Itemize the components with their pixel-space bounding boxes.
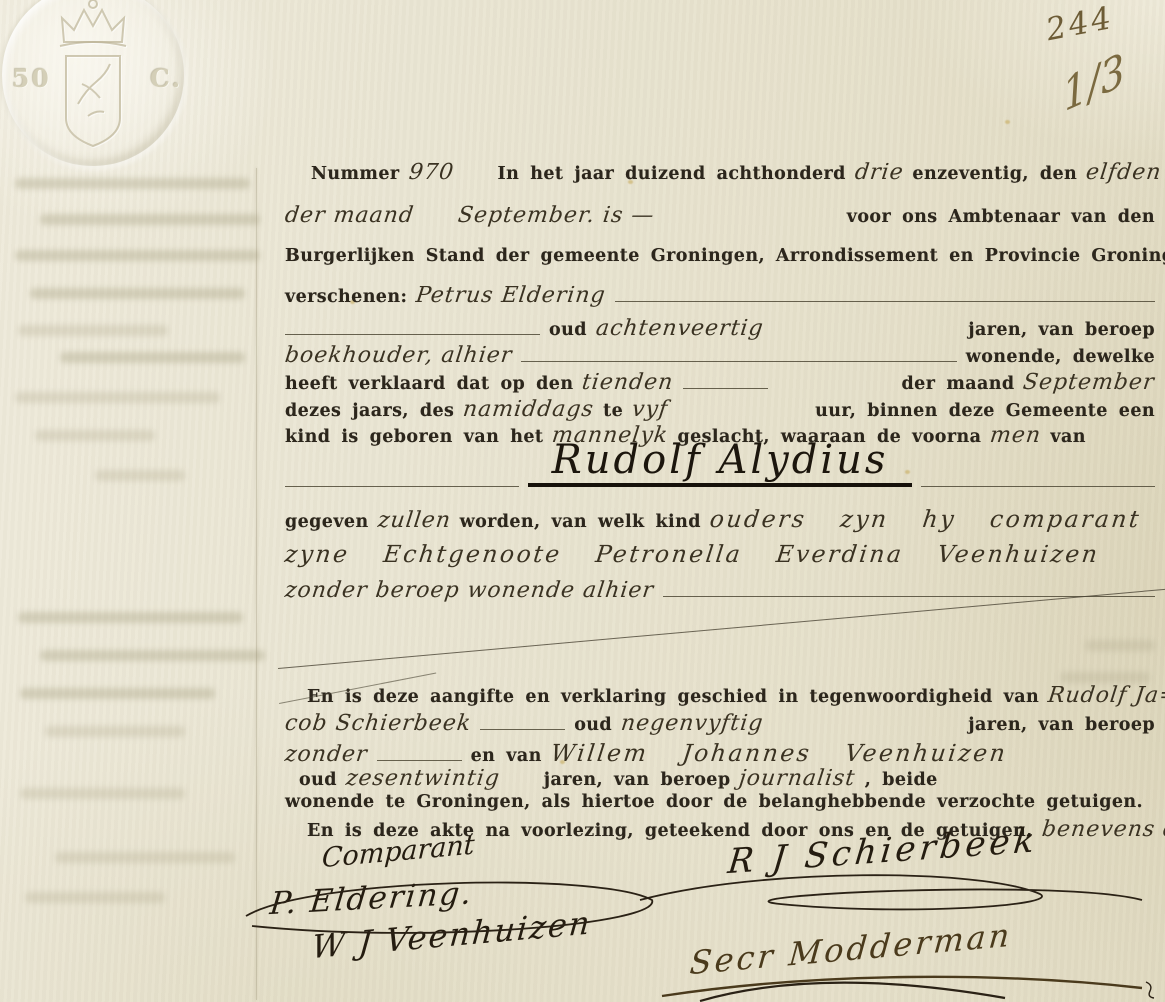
- bleedthrough-ghost-text: [1085, 640, 1155, 651]
- line-getuige2: oudzesentwintigjaren, van beroepjournali…: [285, 766, 1155, 791]
- bleedthrough-ghost-text: [15, 178, 250, 189]
- printed-form-text: en van: [471, 746, 542, 766]
- printed-form-text: wonende te Groningen, als hiertoe door d…: [285, 792, 1143, 812]
- line-maand: der maandSeptember. is —voor ons Ambtena…: [285, 203, 1155, 228]
- printed-form-text: voor ons Ambtenaar van den: [847, 207, 1155, 227]
- blank-fill-rule: [285, 474, 519, 487]
- bleedthrough-ghost-text: [40, 650, 265, 661]
- line-geboorteuur: dezes jaars, desnamiddagstevyfuur, binne…: [285, 397, 1155, 422]
- handwritten-entry: tienden: [581, 370, 675, 395]
- printed-form-text: worden, van welk kind: [460, 512, 701, 532]
- handwritten-entry: benevens den: [1040, 817, 1165, 842]
- printed-form-text: gegeven: [285, 512, 369, 532]
- blank-fill-rule: [285, 322, 540, 335]
- handwritten-entry: zyne Echtgenoote Petronella Everdina Vee…: [283, 540, 1101, 568]
- blank-fill-rule: [921, 474, 1155, 487]
- handwritten-entry: Rudolf Ja=: [1047, 683, 1165, 708]
- blank-fill-rule: [521, 349, 956, 362]
- handwritten-entry: September. is —: [456, 203, 655, 228]
- line-getuigen-intro: En is deze aangifte en verklaring geschi…: [285, 683, 1155, 708]
- printed-form-text: , beide: [865, 770, 938, 790]
- child-name-handwritten: Rudolf Alydius: [528, 437, 913, 487]
- printed-form-text: jaren, van beroep: [544, 770, 731, 790]
- handwritten-entry: achtenveertig: [594, 316, 765, 341]
- bleedthrough-ghost-text: [30, 288, 245, 299]
- printed-form-text: enzeventig, den: [912, 164, 1077, 184]
- handwritten-entry: Willem Johannes Veenhuizen: [549, 739, 1009, 767]
- stamp-shield-icon: [66, 56, 120, 146]
- handwritten-entry: ouders zyn hy comparant en: [708, 505, 1165, 533]
- printed-form-text: heeft verklaard dat op den: [285, 374, 573, 394]
- handwritten-entry: namiddags: [462, 397, 596, 422]
- stamp-value-50: 50: [12, 64, 51, 93]
- line-leeftijd: oudachtenveertigjaren, van beroep: [285, 316, 1155, 341]
- handwritten-entry: 970: [407, 160, 455, 185]
- line-geboortedag: heeft verklaard dat op dentiendender maa…: [285, 370, 1155, 395]
- printed-form-text: wonende, dewelke: [966, 347, 1155, 367]
- printed-form-text: jaren, van beroep: [968, 320, 1155, 340]
- folio-number-handwritten: 244: [1043, 0, 1117, 48]
- line-getuige1: cob Schierbeekoudnegenvyftigjaren, van b…: [285, 711, 1155, 736]
- printed-form-text: Burgerlijken Stand der gemeente Groninge…: [285, 246, 1165, 266]
- stamp-crown-icon: [62, 10, 124, 42]
- line-getuige1-beroep: zonderen vanWillem Johannes Veenhuizen: [285, 739, 1155, 767]
- blank-fill-dash: [683, 376, 768, 389]
- bleedthrough-ghost-text: [15, 392, 220, 403]
- fold-crease: [256, 168, 257, 1000]
- edge-ink-mark: [1146, 982, 1154, 998]
- bleedthrough-ghost-text: [40, 214, 260, 225]
- schierbeek-flourish: [640, 875, 1142, 909]
- embossed-revenue-stamp: 50 C.: [2, 0, 184, 166]
- handwritten-entry: negenvyftig: [620, 711, 765, 736]
- bleedthrough-ghost-text: [20, 688, 215, 699]
- handwritten-entry: September: [1022, 370, 1157, 395]
- stamp-value-c: C.: [150, 64, 182, 93]
- bleedthrough-ghost-text: [35, 430, 155, 441]
- printed-form-text: In het jaar duizend achthonderd: [498, 164, 846, 184]
- signature-declarant: P. Eldering.: [268, 875, 475, 922]
- bleedthrough-ghost-text: [20, 788, 185, 799]
- printed-form-text: uur, binnen deze Gemeente een: [815, 401, 1155, 421]
- handwritten-entry: drie: [853, 160, 905, 185]
- corner-tally-mark: 1/3: [1060, 43, 1127, 122]
- printed-form-text: Nummer: [311, 164, 400, 184]
- printed-form-text: te: [603, 401, 623, 421]
- handwritten-entry: zullen: [376, 508, 452, 533]
- line-woonplaats-getuigen: wonende te Groningen, als hiertoe door d…: [285, 792, 1155, 812]
- bleedthrough-ghost-text: [18, 325, 168, 336]
- line-nummer-jaar: Nummer970In het jaar duizend achthonderd…: [285, 160, 1155, 185]
- bleedthrough-ghost-text: [60, 352, 245, 363]
- handwritten-entry: zesentwintig: [344, 766, 501, 791]
- line-verschenen: verschenen:Petrus Eldering: [285, 283, 1155, 308]
- line-beroep: boekhouder, alhierwonende, dewelke: [285, 343, 1155, 368]
- blank-fill-dash: [377, 748, 462, 761]
- bleedthrough-ghost-text: [15, 250, 260, 261]
- printed-form-text: verschenen:: [285, 287, 407, 307]
- line-moeder-beroep: zonder beroep wonende alhier: [285, 578, 1155, 603]
- handwritten-entry: vyf: [631, 397, 670, 422]
- handwritten-entry: zonder beroep wonende alhier: [283, 578, 655, 603]
- bleedthrough-ghost-text: [95, 470, 185, 481]
- printed-form-text: oud: [299, 770, 337, 790]
- blank-fill-dash: [480, 717, 565, 730]
- handwritten-entry: Petrus Eldering: [415, 283, 608, 308]
- bleedthrough-ghost-text: [45, 726, 185, 737]
- signature-registrar: Secr Modderman: [688, 916, 1014, 983]
- modderman-underline-flourish: [662, 977, 1142, 996]
- handwritten-entry: zonder: [283, 742, 369, 767]
- bleedthrough-ghost-text: [1060, 672, 1150, 683]
- line-moeder: zyne Echtgenoote Petronella Everdina Vee…: [285, 540, 1155, 568]
- printed-form-text: oud: [549, 320, 587, 340]
- printed-form-text: jaren, van beroep: [968, 715, 1155, 735]
- handwritten-entry: cob Schierbeek: [283, 711, 472, 736]
- paper-speck: [1005, 120, 1010, 124]
- bleedthrough-ghost-text: [25, 892, 165, 903]
- bleedthrough-ghost-text: [55, 852, 235, 863]
- birth-certificate-scan: { "corner": { "folio_number": "244", "ma…: [0, 0, 1165, 1002]
- line-burgerlijke-stand: Burgerlijken Stand der gemeente Groninge…: [285, 246, 1155, 266]
- blank-fill-rule: [663, 584, 1155, 597]
- bottom-cutoff-signature: [700, 983, 1005, 1001]
- handwritten-entry: journalist: [738, 766, 857, 791]
- stamp-lion-icon: [78, 64, 110, 116]
- printed-form-text: dezes jaars, des: [285, 401, 454, 421]
- handwritten-entry: der maand: [283, 203, 415, 228]
- printed-form-text: der maand: [902, 374, 1015, 394]
- blank-fill-rule: [615, 289, 1155, 302]
- line-kindnaam: Rudolf Alydius: [285, 437, 1155, 487]
- handwritten-entry: elfden: [1085, 160, 1164, 185]
- printed-form-text: En is deze aangifte en verklaring geschi…: [307, 687, 1039, 707]
- handwritten-entry: boekhouder, alhier: [283, 343, 513, 368]
- printed-form-text: oud: [574, 715, 612, 735]
- line-gegeven: gegevenzullenworden, van welk kindouders…: [285, 505, 1155, 533]
- bleedthrough-ghost-text: [18, 612, 243, 623]
